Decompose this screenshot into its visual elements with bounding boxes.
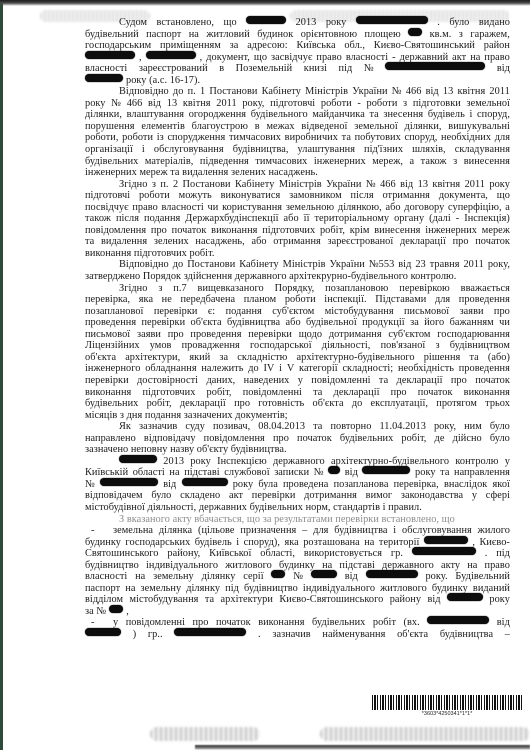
word: об'єкта — [85, 352, 116, 364]
text-line: виконанняпідготовчихробіт,повідомленніта… — [85, 387, 510, 399]
word: категорії — [299, 363, 338, 375]
word: Поземельній — [236, 63, 293, 75]
word: видано — [479, 17, 510, 29]
text-line: Згіднозп.7вищевказаногоПорядку,позаплано… — [85, 283, 510, 295]
word: IV — [263, 363, 274, 375]
text-line: інженерних мереж та видалення зелених на… — [85, 167, 510, 179]
word: та — [469, 352, 478, 364]
text-line: містобудівної діяльності, державних буді… — [85, 502, 510, 514]
word: - — [456, 213, 459, 225]
word: містобудування — [129, 594, 198, 606]
word: контролю — [455, 456, 498, 468]
word: є: — [208, 306, 215, 318]
word: Відповідно — [119, 86, 169, 98]
word: України — [326, 179, 361, 191]
word: будівництва, — [233, 144, 289, 156]
word: право — [132, 202, 157, 214]
word: у — [505, 456, 510, 468]
word: початок — [475, 236, 510, 248]
word: Ліцензійних — [85, 340, 140, 352]
word: насаджень, — [195, 236, 244, 248]
word: суб'єктом — [272, 306, 314, 318]
word: розташована — [303, 537, 360, 549]
word: її — [304, 213, 310, 225]
word: щодо — [299, 329, 322, 341]
word: Інспекція) — [464, 213, 510, 225]
word: будівництва — [440, 629, 493, 641]
word: даних, — [206, 375, 235, 387]
redaction-date — [182, 478, 228, 486]
list-dash: - — [85, 525, 113, 537]
word: Постанови — [187, 259, 235, 271]
paragraph-p9: -земельнаділянка(цільовепризначення–дляб… — [85, 525, 510, 617]
barcode: *3603*4250341*1*1* — [372, 695, 522, 717]
word: документ, — [206, 52, 250, 64]
word: отримання — [273, 236, 321, 248]
word: перевірки — [142, 317, 186, 329]
word: за — [219, 352, 228, 364]
word: від — [163, 479, 176, 491]
word: квітня — [457, 86, 485, 98]
word: у — [472, 490, 477, 502]
word: з — [453, 156, 457, 168]
redaction-date — [85, 628, 121, 636]
word: відповідачем — [85, 490, 143, 502]
word: посвідчує — [85, 202, 129, 214]
word: в — [219, 63, 224, 75]
word: паспорт — [85, 583, 120, 595]
word: кв.м. — [430, 29, 452, 41]
word: декларації — [400, 236, 446, 248]
word: 466 — [406, 86, 422, 98]
word: України — [330, 259, 365, 271]
word: будівельного — [251, 109, 308, 121]
word: суб'єктом — [388, 329, 430, 341]
word: службової — [224, 467, 269, 479]
word: території — [379, 537, 420, 549]
scan-smudge — [150, 727, 260, 741]
word: інженерних — [425, 225, 477, 237]
scan-left-edge — [0, 0, 3, 750]
text-line: будівництвоіндивідуальногожитловогобудин… — [85, 560, 510, 572]
text-line: організаціїіобслуговуваннябудівництва,ул… — [85, 144, 510, 156]
word: від — [497, 617, 510, 629]
word: індивідуального — [303, 583, 375, 595]
word: зазначив — [272, 629, 310, 641]
word: земельною — [286, 202, 334, 214]
redaction-passport-no — [109, 605, 123, 613]
word: крім — [350, 225, 370, 237]
word: після — [351, 190, 374, 202]
text-line: місяців з дня подання зазначених докумен… — [85, 410, 510, 422]
word: 2011 — [216, 98, 236, 110]
word: на — [364, 537, 374, 549]
text-run: за № — [85, 606, 106, 618]
word: протягом — [436, 398, 477, 410]
text-line: Відповіднодоп.1ПостановиКабінетуМіністрі… — [85, 86, 510, 98]
word: інженерних — [314, 156, 366, 168]
word: під — [496, 548, 510, 560]
word: Києво-Святошинського — [279, 594, 383, 606]
word: що — [497, 190, 510, 202]
word: було — [151, 490, 171, 502]
word: або — [251, 236, 266, 248]
word: робіт, — [320, 225, 345, 237]
word: до — [352, 398, 363, 410]
word: 2013 — [163, 456, 184, 468]
word: виконуватися — [221, 190, 281, 202]
word: житлового — [225, 560, 272, 572]
word: для — [495, 132, 510, 144]
word: виконання — [85, 387, 131, 399]
word: будинку — [85, 537, 121, 549]
word: побутових — [355, 132, 401, 144]
word: дотримання — [304, 490, 357, 502]
word: відведеної — [301, 121, 347, 133]
word: за — [410, 317, 419, 329]
word: огородження — [189, 109, 246, 121]
word: ділянкою, — [338, 202, 382, 214]
text-line: підготовчіроботиможутьвиконуватисязамовн… — [85, 190, 510, 202]
text-line: 2013рокуІнспекцієюдержавногоархітектурно… — [85, 456, 510, 468]
word: 466 — [127, 98, 143, 110]
word: у — [298, 375, 303, 387]
word: Держархбудінспекції — [185, 213, 278, 225]
word: планом — [244, 294, 277, 306]
paragraph-p2: Відповіднодоп.1ПостановиКабінетуМіністрі… — [85, 86, 510, 178]
word: шляхів, — [412, 144, 446, 156]
word: містобудування — [325, 306, 394, 318]
word: письмової — [85, 329, 130, 341]
word: проведення — [85, 317, 136, 329]
word: повідомленні — [311, 375, 370, 387]
text-line: Якзазначивсудупозивач,08.04.2013таповтор… — [85, 421, 510, 433]
word: повторно — [330, 421, 371, 433]
word: було — [490, 421, 510, 433]
word: площею — [364, 29, 400, 41]
word: індивідуального — [146, 560, 218, 572]
word: будівельний — [85, 29, 139, 41]
word: використовується — [304, 548, 382, 560]
word: господарської — [250, 340, 312, 352]
word: об'єкта — [397, 629, 428, 641]
word: достовірності — [137, 375, 198, 387]
scan-smudge — [320, 727, 530, 741]
word: . — [485, 548, 488, 560]
word: перевірка, — [85, 294, 130, 306]
paragraph-p6: Якзазначивсудупозивач,08.04.2013таповтор… — [85, 421, 510, 456]
redaction-person — [412, 547, 476, 555]
word: квітня — [432, 179, 460, 191]
redaction-name — [356, 16, 428, 24]
word: земельної — [466, 98, 510, 110]
word: з — [403, 98, 407, 110]
word: вважається — [461, 283, 510, 295]
word: інспекції. — [324, 294, 366, 306]
word: інженерного — [85, 363, 140, 375]
word: орієнтовною — [301, 29, 357, 41]
redaction-memo-no — [328, 466, 340, 474]
text-line: такожпісляподанняДержархбудінспекціїабої… — [85, 213, 510, 225]
text-line: проведенняперевіркиоб'єктабудівництваабо… — [85, 317, 510, 329]
word: початок — [475, 375, 510, 387]
word: будівельних — [85, 398, 138, 410]
word: користування — [222, 202, 282, 214]
text-line: направленовідповідачуповідомленняпропоча… — [85, 433, 510, 445]
redaction-area — [408, 28, 422, 36]
word: заяви — [460, 306, 484, 318]
word: після — [116, 213, 139, 225]
word: № — [314, 467, 324, 479]
word: № — [392, 86, 402, 98]
word: робіт, — [207, 387, 232, 399]
word: Міністрів — [283, 259, 326, 271]
text-line: будівельнихматеріалів,підведеннятимчасов… — [85, 156, 510, 168]
text-line: повідомленняпропочатоквиконанняпідготовч… — [85, 225, 510, 237]
word: архітектури, — [125, 352, 180, 364]
word: роботи — [321, 98, 352, 110]
text-line: перевіркидостовірностіданих,наведенихупо… — [85, 375, 510, 387]
word: № — [111, 98, 121, 110]
word: з — [459, 29, 463, 41]
word: – — [302, 525, 307, 537]
word: тимчасових — [255, 156, 307, 168]
word: Кабінету — [262, 86, 301, 98]
word: під'їзних — [364, 144, 403, 156]
word: року — [190, 456, 211, 468]
word: від — [398, 259, 411, 271]
redaction-date — [246, 16, 286, 24]
word: Київська — [296, 40, 335, 52]
word: 23 — [415, 259, 425, 271]
word: складування — [455, 144, 510, 156]
word: винесення — [464, 156, 510, 168]
word: ділянку — [202, 571, 236, 583]
word: і — [279, 363, 282, 375]
word: органу — [394, 213, 424, 225]
word: майданчика — [312, 109, 364, 121]
word: 11.04.2013 — [379, 421, 425, 433]
word: області, — [260, 548, 295, 560]
word: та — [379, 375, 388, 387]
word: №553 — [369, 259, 394, 271]
word: і — [236, 537, 239, 549]
paragraph-p7: 2013рокуІнспекцієюдержавногоархітектурно… — [85, 456, 510, 514]
word: елементів — [141, 121, 185, 133]
text-line: письмовоїзаявипропроведенняперевіркищодо… — [85, 329, 510, 341]
word: будівельних — [340, 433, 393, 445]
word: споруд, — [477, 109, 510, 121]
word: робіт, — [147, 398, 172, 410]
word: Міністрів — [279, 179, 322, 191]
text-line: -уповідомленніпропочатоквиконаннябудівел… — [85, 617, 510, 629]
word: належить — [201, 363, 243, 375]
word: необхідних — [441, 132, 491, 144]
word: влаштування — [127, 109, 184, 121]
word: - — [357, 98, 360, 110]
word: порушення — [85, 121, 135, 133]
word: будівельної — [306, 317, 357, 329]
word: роботи — [139, 190, 170, 202]
word: позивач, — [213, 421, 250, 433]
word: житловий — [206, 29, 249, 41]
word: роботи — [285, 294, 316, 306]
word: власності — [162, 202, 204, 214]
redaction-date — [119, 455, 157, 463]
word: ділянку — [186, 583, 220, 595]
word: 13 — [443, 86, 453, 98]
word: була — [258, 479, 277, 491]
word: підготовки — [413, 98, 461, 110]
word: експлуатації, — [371, 398, 429, 410]
text-run: зазначено неповну назву об'єкту будівниц… — [85, 444, 287, 456]
word: року — [233, 479, 254, 491]
text-line: року (а.с. 16-17). — [85, 75, 510, 87]
word: роботи — [122, 132, 153, 144]
word: 2011 — [465, 179, 485, 191]
word: та — [205, 594, 214, 606]
word: вишукувальні — [448, 121, 510, 133]
word: . — [437, 17, 440, 29]
word: будівель — [428, 109, 465, 121]
word: Як — [119, 421, 131, 433]
redaction-act-no — [311, 570, 337, 578]
scan-bottom-shadow — [195, 745, 530, 750]
word: – — [505, 629, 510, 641]
word: необхідність — [398, 363, 454, 375]
word: проведення — [459, 294, 510, 306]
word: позапланова — [334, 479, 389, 491]
word: будівельних — [312, 617, 365, 629]
word: мереж, — [372, 156, 403, 168]
word: складено — [180, 490, 220, 502]
word: та — [369, 109, 378, 121]
text-line: об'єктаархітектури,якийзаскладністюархіт… — [85, 352, 510, 364]
word: року — [415, 467, 436, 479]
word: чи — [208, 202, 219, 214]
text-line: №відрокубулапроведенапозаплановаперевірк… — [85, 479, 510, 491]
word: року, — [488, 259, 510, 271]
word: району — [390, 594, 421, 606]
word: роботи, — [85, 132, 118, 144]
word: вимог — [366, 490, 393, 502]
word: суду — [185, 421, 205, 433]
word: Постанови — [183, 179, 231, 191]
word: організації — [85, 144, 133, 156]
word: письмової — [404, 306, 449, 318]
text-run: виконання підготовчих робіт. — [85, 248, 215, 260]
word: спорудження — [167, 132, 225, 144]
word: трьох — [485, 398, 510, 410]
word: від — [426, 86, 439, 98]
word: Києво-Святошинський — [374, 40, 475, 52]
word: земельну — [153, 571, 194, 583]
word: було — [449, 17, 469, 29]
text-line: Святошинськогорайону,Київськоїобласті,ви… — [85, 548, 510, 560]
word: від — [497, 63, 510, 75]
word: зареєстрованої — [327, 236, 393, 248]
word: перевірка, — [394, 479, 439, 491]
text-line: інженерногообладнанняналежитьдоIVіVкатег… — [85, 363, 510, 375]
word: повідомлення — [85, 225, 146, 237]
word: найменування — [322, 629, 385, 641]
word: якої — [493, 479, 510, 491]
document-body: Судомвстановлено,що2013року.буловиданобу… — [85, 17, 510, 641]
text-line: ділянки,влаштуванняогородженнябудівельно… — [85, 109, 510, 121]
text-run: інженерних мереж та видалення зелених на… — [85, 167, 318, 179]
text-run: З вказаного акту вбачається, що за резул… — [119, 514, 455, 526]
word: заяви — [137, 329, 161, 341]
redaction-person — [174, 628, 246, 636]
word: Згідно — [119, 179, 147, 191]
word: обладнання — [145, 363, 196, 375]
word: п. — [188, 86, 196, 98]
redaction-series — [271, 570, 285, 578]
text-run: затверджено Порядок здійснення державног… — [85, 271, 456, 283]
word: з — [152, 179, 156, 191]
word: 2011 — [489, 86, 509, 98]
word: підведення — [200, 156, 249, 168]
word: гр.. — [148, 629, 163, 641]
text-line: паспортназемельнуділянкупідбудівництвоін… — [85, 583, 510, 595]
word: України — [352, 86, 387, 98]
paragraph-p8: З вказаного акту вбачається, що за резул… — [85, 514, 510, 526]
redaction-date — [362, 466, 410, 474]
word: земельна — [113, 525, 153, 537]
word: № — [366, 179, 376, 191]
word: перевірки — [252, 490, 296, 502]
paragraph-p3: Згіднозп.2ПостановиКабінетуМіністрівУкра… — [85, 179, 510, 260]
word: адресою: — [247, 40, 287, 52]
word: Інспекцією — [217, 456, 267, 468]
word: засвідчує — [271, 52, 312, 64]
word: Міністрів — [305, 86, 348, 98]
text-line: посвідчуєправовласностічикористуваннязем… — [85, 202, 510, 214]
word: виробничих — [285, 132, 338, 144]
word: Судом — [119, 17, 147, 29]
word: про — [273, 433, 289, 445]
word: повідомленні — [243, 387, 302, 399]
word: під — [339, 63, 353, 75]
word: район — [484, 40, 510, 52]
word: подання — [226, 306, 262, 318]
word: а — [505, 202, 510, 214]
word: споруд, — [404, 132, 437, 144]
word: а — [410, 156, 415, 168]
scan-top-shadow — [0, 0, 530, 6]
word: зареєстрований — [139, 63, 208, 75]
word: на — [189, 29, 199, 41]
word: 13 — [418, 179, 428, 191]
word: його — [424, 317, 444, 329]
word: на — [125, 583, 135, 595]
word: 2013 — [296, 17, 317, 29]
word: 13 — [167, 98, 177, 110]
word: або — [286, 317, 301, 329]
word: не — [162, 294, 172, 306]
word: початок — [297, 433, 332, 445]
word: дійсно — [453, 433, 482, 445]
paragraph-p10: -уповідомленніпропочатоквиконаннябудівел… — [85, 617, 510, 640]
word: травня — [430, 259, 460, 271]
word: жилого — [478, 525, 510, 537]
word: . — [258, 629, 261, 641]
word: тимчасових — [229, 132, 281, 144]
word: про — [168, 329, 184, 341]
word: про — [391, 387, 407, 399]
word: під — [225, 583, 239, 595]
word: вищевказаного — [198, 283, 264, 295]
